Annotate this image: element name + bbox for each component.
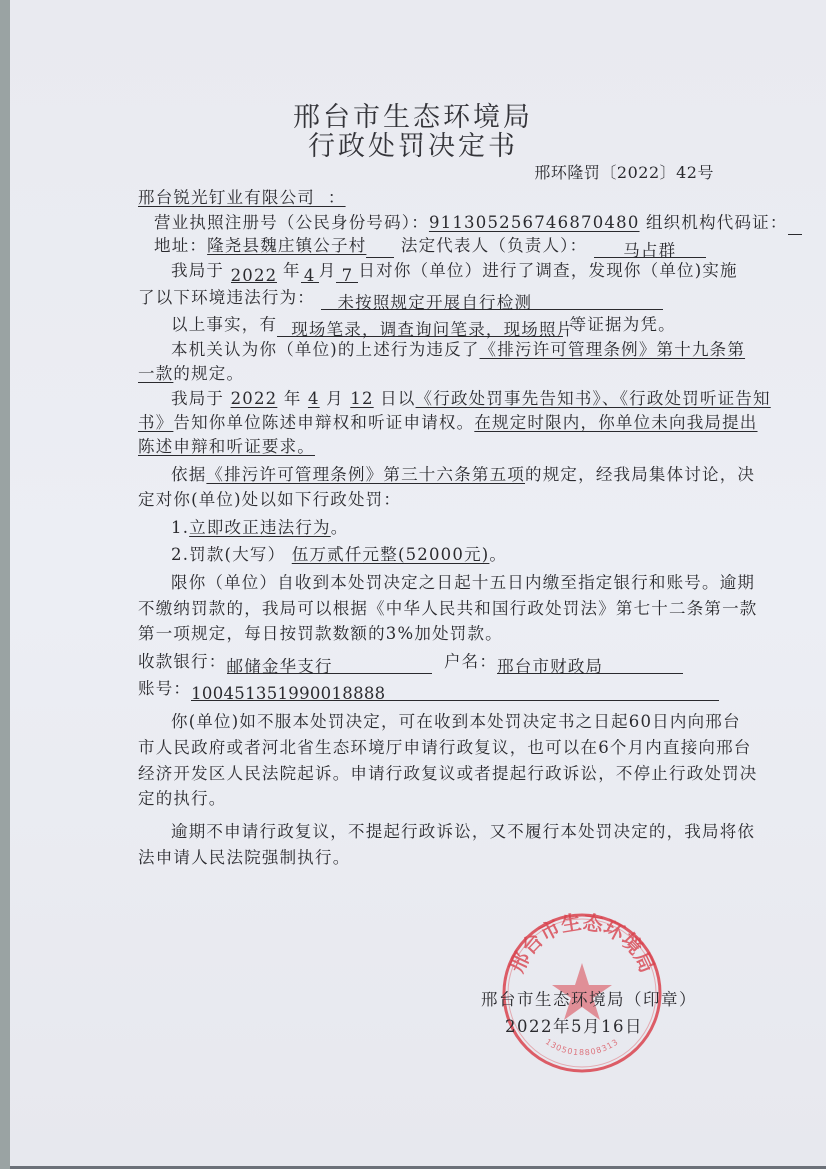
license-label: 营业执照注册号（公民身份号码）： <box>154 213 429 232</box>
address-label: 地址： <box>154 236 207 255</box>
org-code-value <box>788 216 802 235</box>
payment-line-1: 限你（单位）自收到本处罚决定之日起十五日内缴至指定银行和账号。逾期 <box>138 571 751 595</box>
payment-line-2: 不缴纳罚款的，我局可以根据《中华人民共和国行政处罚法》第七十二条第一款 <box>138 597 718 621</box>
account-number-label: 账号： <box>138 679 191 698</box>
license-number: 911305256746870480 <box>429 213 640 232</box>
investigation-month: 4 <box>301 264 319 283</box>
appeal-line-3: 经济开发区人民法院起诉。申请行政复议或者提起行政诉讼，不停止行政处罚决 <box>138 762 718 786</box>
account-name-value: 邢台市财政局 <box>497 655 683 674</box>
basis-line-2: 定对你(单位)处以如下行政处罚： <box>138 488 718 512</box>
penalty-fine-amount: 伍万贰仟元整(52000元) <box>292 545 490 564</box>
penalty-item-1: 1.立即改正违法行为。 <box>138 516 751 540</box>
investigation-line-1: 我局于 2022 年4月7日对你（单位）进行了调查，发现你（单位)实施 <box>138 259 751 283</box>
violated-law-line-1: 本机关认为你（单位)的上述行为违反了《排污许可管理条例》第十九条第 <box>138 338 751 362</box>
party-line: 邢台锐光钉业有限公司 ： <box>138 186 718 210</box>
address-value: 隆尧县魏庄镇公子村 <box>207 236 366 255</box>
appeal-line-2: 市人民政府或者河北省生态环境厅申请行政复议，也可以在6个月内直接向邢台 <box>138 736 718 760</box>
enforcement-line-1: 逾期不申请行政复议，不提起行政诉讼，又不履行本处罚决定的，我局将依 <box>138 820 751 844</box>
bank-label: 收款银行： <box>138 652 227 671</box>
notice-line-3: 陈述申辩和听证要求。 <box>138 435 718 459</box>
violation-text: 未按照规定开展自行检测 <box>321 291 663 310</box>
address-line: 地址：隆尧县魏庄镇公子村 法定代表人（负责人）： 马占群 <box>154 234 734 258</box>
notice-line-2: 书》告知你单位陈述申辩权和听证申请权。在规定时限内，你单位未向我局提出 <box>138 411 718 435</box>
investigation-day: 7 <box>336 264 358 283</box>
bank-line: 收款银行：邮储金华支行 户名：邢台市财政局 <box>138 650 718 674</box>
org-code-label: 组织机构代码证： <box>646 213 788 232</box>
penalty-correct: 立即改正违法行为 <box>189 518 331 537</box>
legal-rep-value: 马占群 <box>594 239 706 258</box>
account-name-label: 户名： <box>444 652 497 671</box>
account-number-value: 100451351990018888 <box>191 682 719 701</box>
party-name: 邢台锐光钉业有限公司 ： <box>138 188 346 207</box>
notice-documents: 《行政处罚事先告知书》、《行政处罚听证告知 <box>416 389 771 408</box>
basis-line-1: 依据《排污许可管理条例》第三十六条第五项的规定，经我局集体讨论，决 <box>138 463 751 487</box>
penalty-item-2: 2.罚款(大写） 伍万贰仟元整(52000元)。 <box>138 543 751 567</box>
notice-month: 4 <box>308 389 320 408</box>
notice-line-1: 我局于 2022 年 4 月 12 日以《行政处罚事先告知书》、《行政处罚听证告… <box>138 387 751 411</box>
license-line: 营业执照注册号（公民身份号码）：911305256746870480 组织机构代… <box>154 211 734 235</box>
violated-law: 《排污许可管理条例》第十九条第 <box>480 340 746 359</box>
appeal-line-4: 定的执行。 <box>138 787 718 811</box>
evidence-line: 以上事实，有现场笔录，调查询问笔录，现场照片 等证据为凭。 <box>138 313 751 337</box>
account-line: 账号：100451351990018888 <box>138 677 718 701</box>
evidence-items: 现场笔录，调查询问笔录，现场照片 <box>277 318 563 337</box>
scan-edge-left <box>0 0 10 1169</box>
document-title: 行政处罚决定书 <box>0 124 826 163</box>
signature-date: 2022年5月16日 <box>505 1013 643 1037</box>
legal-rep-label: 法定代表人（负责人）： <box>401 236 587 255</box>
payment-line-3: 第一项规定，每日按罚款数额的3%加处罚款。 <box>138 622 718 646</box>
investigation-line-2: 了以下环境违法行为： 未按照规定开展自行检测 <box>138 286 718 310</box>
seal-label: 邢台市生态环境局（印章） <box>481 986 697 1010</box>
appeal-line-1: 你(单位)如不服本处罚决定，可在收到本处罚决定书之日起60日内向邢台 <box>138 710 751 734</box>
notice-day: 12 <box>350 389 373 408</box>
notice-year: 2022 <box>231 389 278 408</box>
bank-value: 邮储金华支行 <box>227 655 432 674</box>
document-number: 邢环隆罚〔2022〕42号 <box>534 160 714 183</box>
investigation-year: 2022 <box>231 264 277 283</box>
violated-law-line-2: 一款的规定。 <box>138 362 718 386</box>
basis-law: 《排污许可管理条例》第三十六条第五项 <box>206 465 525 484</box>
enforcement-line-2: 法申请人民法院强制执行。 <box>138 846 718 870</box>
